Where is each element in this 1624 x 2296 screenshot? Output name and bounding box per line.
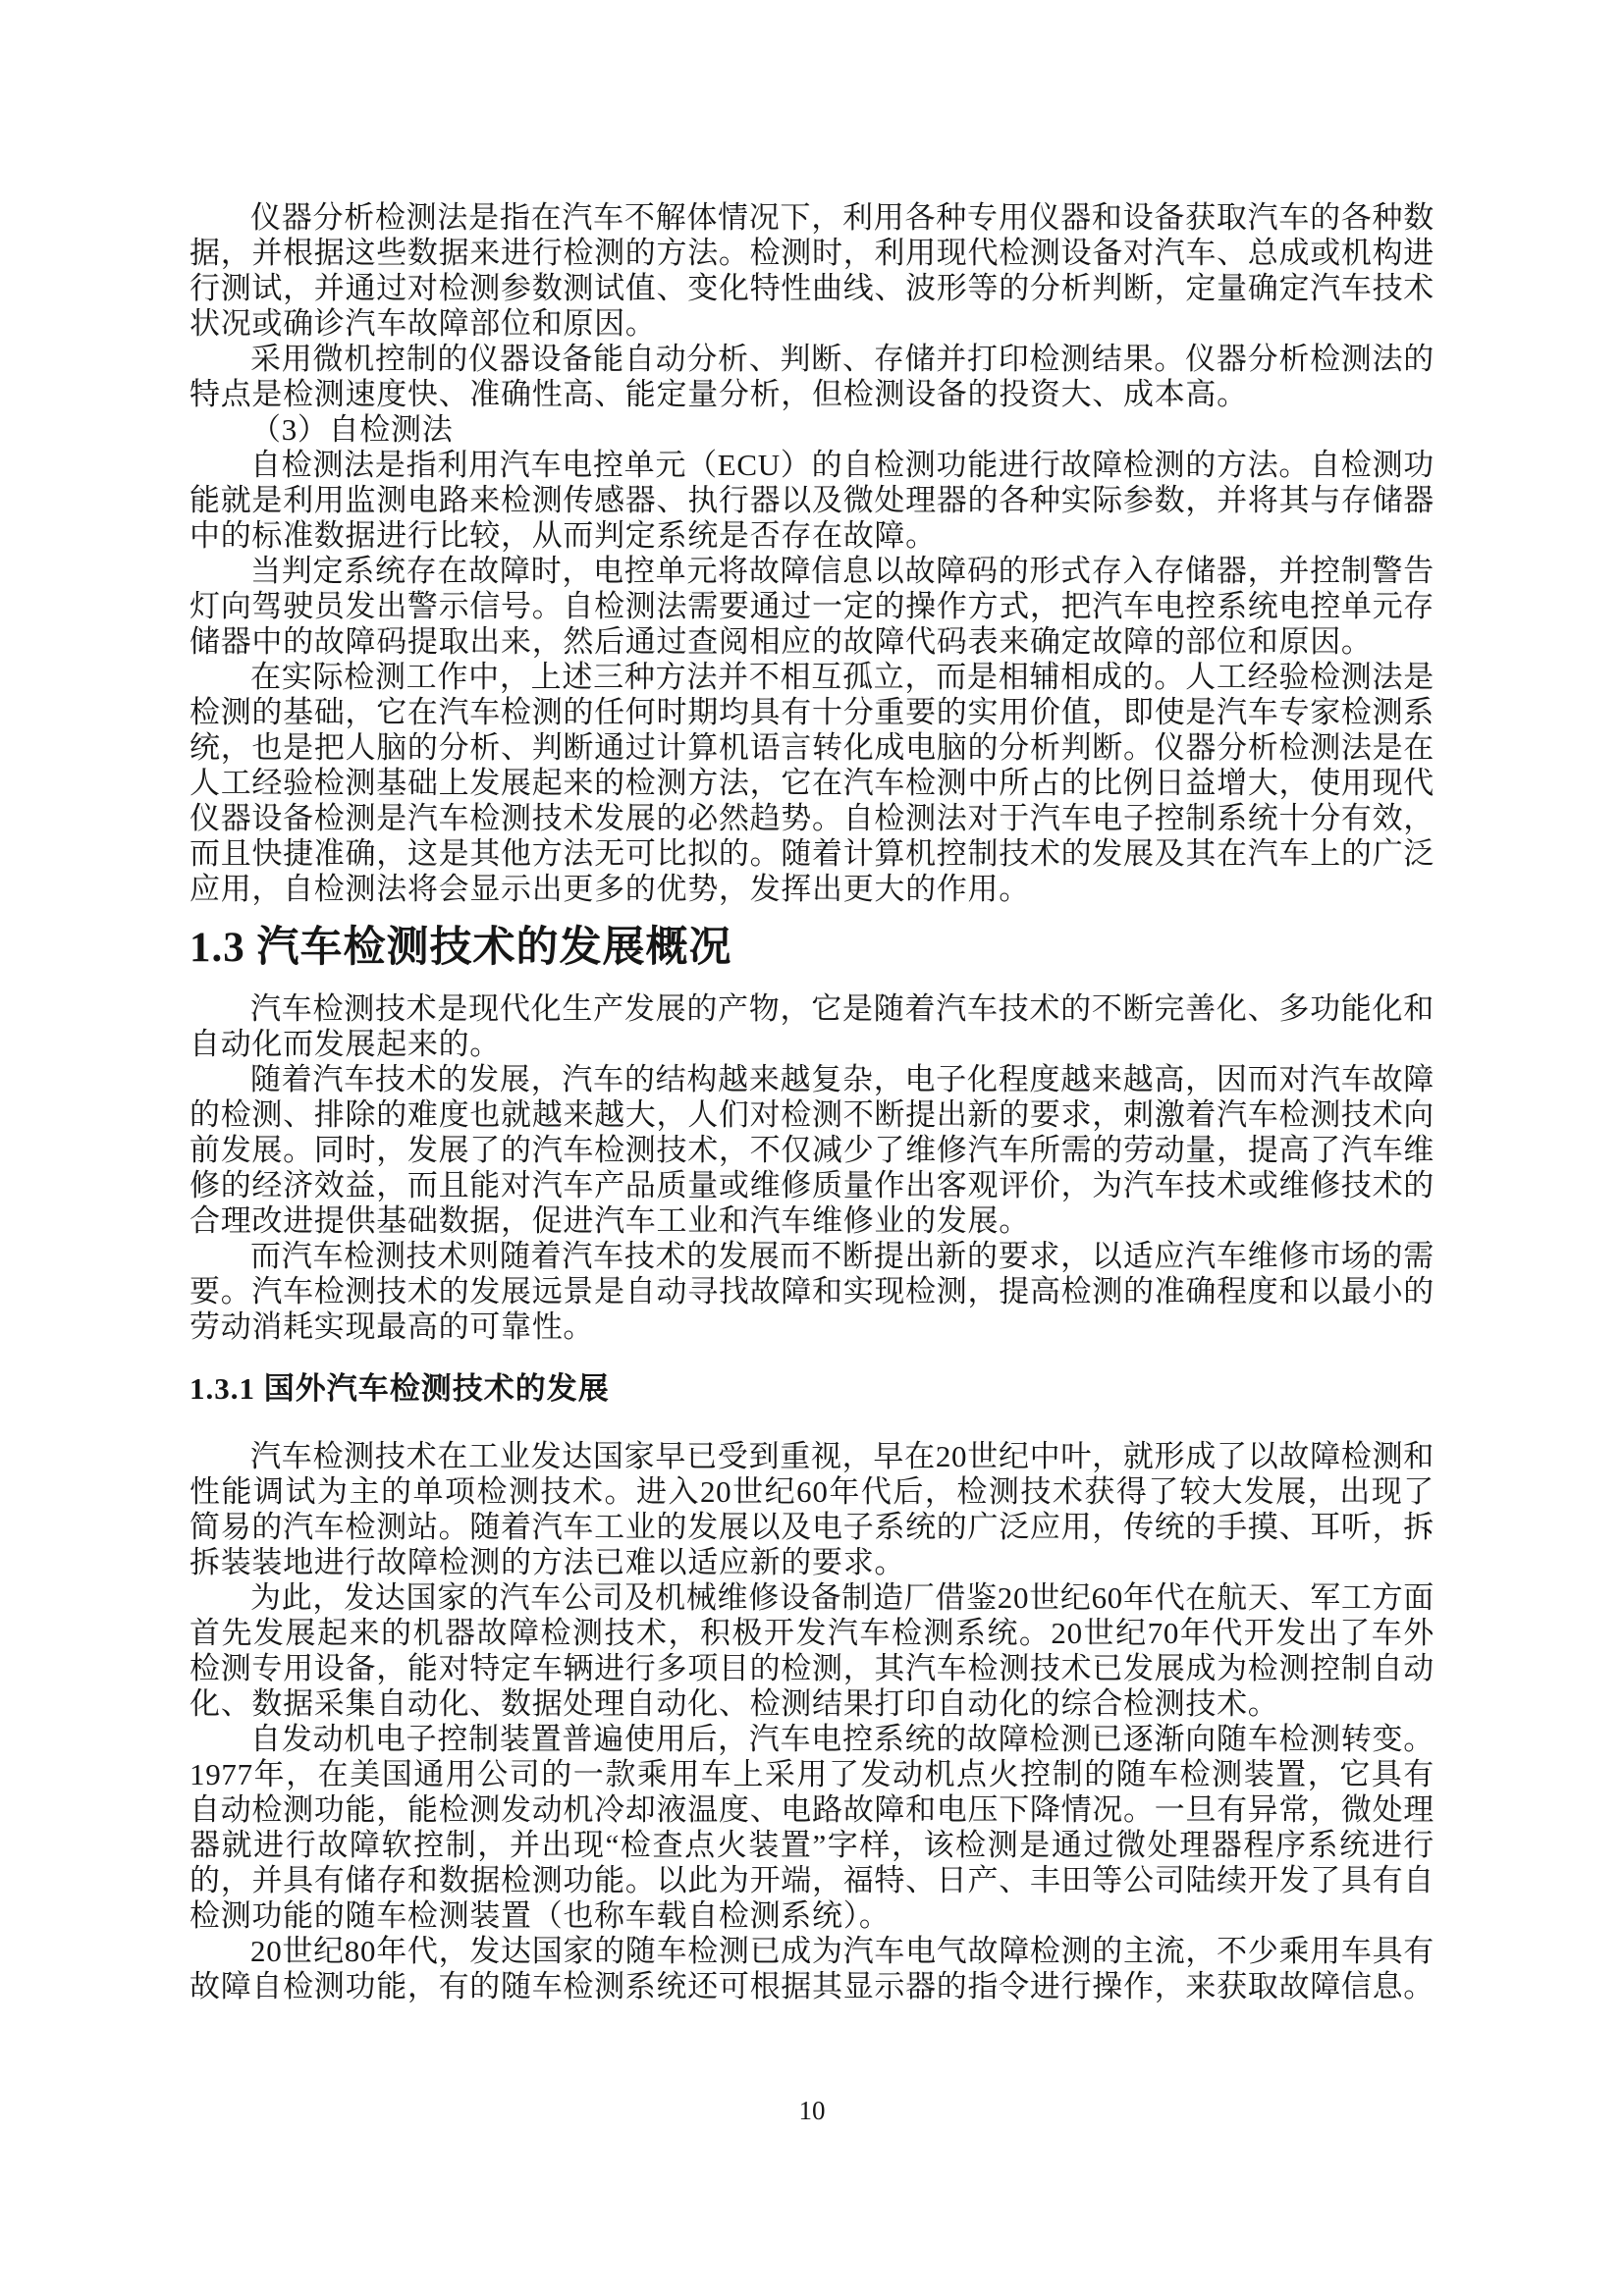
section-heading-1-3: 1.3 汽车检测技术的发展概况 (189, 923, 1435, 974)
paragraph-microcomputer-instruments: 采用微机控制的仪器设备能自动分析、判断、存储并打印检测结果。仪器分析检测法的特点… (189, 342, 1435, 412)
paragraph-self-test-definition: 自检测法是指利用汽车电控单元（ECU）的自检测功能进行故障检测的方法。自检测功能… (189, 448, 1435, 554)
document-page: 仪器分析检测法是指在汽车不解体情况下，利用各种专用仪器和设备获取汽车的各种数据，… (0, 0, 1624, 2296)
paragraph-tech-development-demand: 随着汽车技术的发展，汽车的结构越来越复杂，电子化程度越来越高，因而对汽车故障的检… (189, 1062, 1435, 1239)
paragraph-three-methods-relation: 在实际检测工作中，上述三种方法并不相互孤立，而是相辅相成的。人工经验检测法是检测… (189, 660, 1435, 907)
page-number: 10 (0, 2095, 1624, 2126)
paragraph-future-prospects: 而汽车检测技术则随着汽车技术的发展而不断提出新的要求，以适应汽车维修市场的需要。… (189, 1239, 1435, 1345)
text-column: 仪器分析检测法是指在汽车不解体情况下，利用各种专用仪器和设备获取汽车的各种数据，… (189, 0, 1435, 2004)
paragraph-detection-tech-product: 汽车检测技术是现代化生产发展的产物，它是随着汽车技术的不断完善化、多功能化和自动… (189, 991, 1435, 1062)
list-item-3-self-test: （3）自检测法 (189, 412, 1435, 448)
paragraph-onboard-detection-1977: 自发动机电子控制装置普遍使用后，汽车电控系统的故障检测已逐渐向随车检测转变。19… (189, 1722, 1435, 1934)
paragraph-fault-code-storage: 当判定系统存在故障时，电控单元将故障信息以故障码的形式存入存储器，并控制警告灯向… (189, 554, 1435, 660)
paragraph-foreign-development-early: 汽车检测技术在工业发达国家早已受到重视，早在20世纪中叶，就形成了以故障检测和性… (189, 1439, 1435, 1580)
paragraph-aerospace-borrowed-tech: 为此，发达国家的汽车公司及机械维修设备制造厂借鉴20世纪60年代在航天、军工方面… (189, 1580, 1435, 1722)
subsection-heading-1-3-1: 1.3.1 国外汽车检测技术的发展 (189, 1370, 1435, 1408)
paragraph-1980s-mainstream: 20世纪80年代，发达国家的随车检测已成为汽车电气故障检测的主流，不少乘用车具有… (189, 1934, 1435, 2004)
paragraph-instrument-method: 仪器分析检测法是指在汽车不解体情况下，利用各种专用仪器和设备获取汽车的各种数据，… (189, 200, 1435, 342)
